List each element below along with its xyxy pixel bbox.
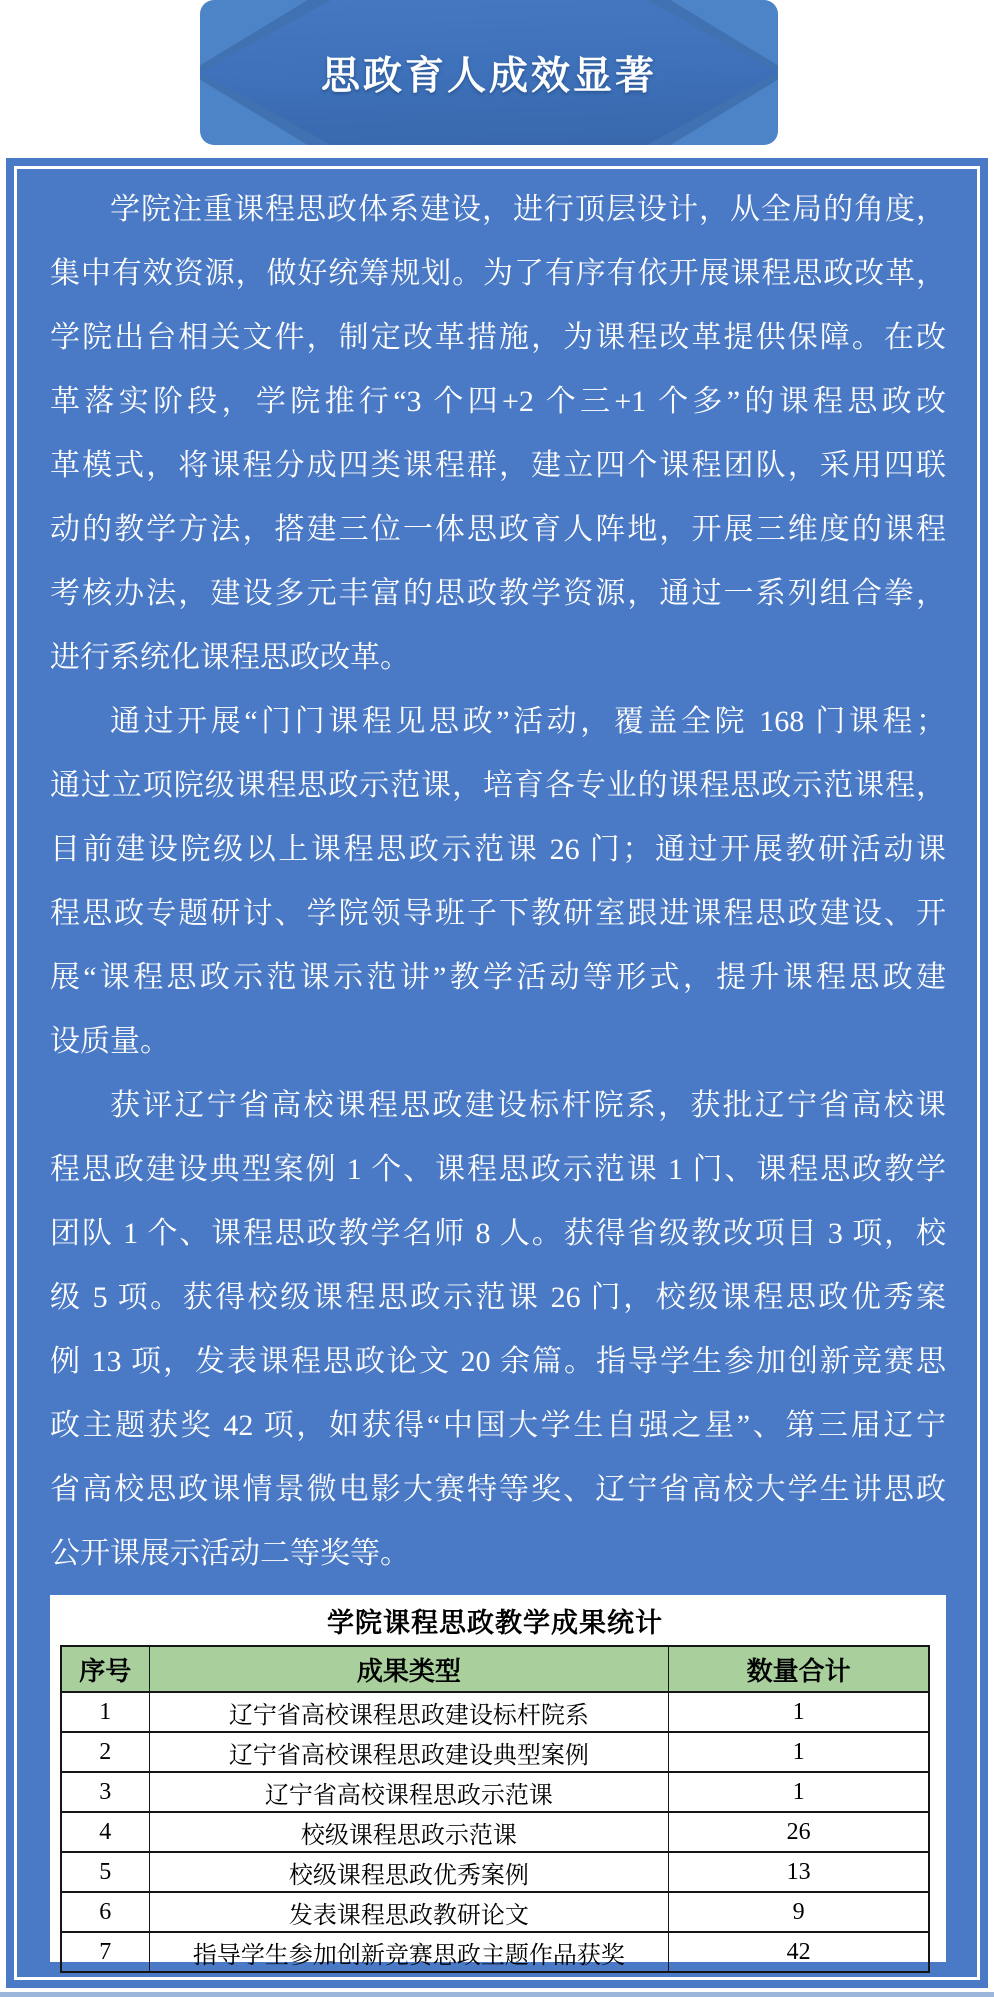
table-header-cell: 成果类型	[149, 1647, 669, 1691]
table-cell: 辽宁省高校课程思政示范课	[149, 1773, 669, 1811]
section-banner: 思政育人成效显著	[200, 0, 778, 145]
table-cell: 1	[668, 1733, 928, 1771]
paragraph-1-line: 学院注重课程思政体系建设，进行顶层设计，从全局的角度，	[50, 178, 946, 242]
table-title: 学院课程思政教学成果统计	[60, 1595, 930, 1645]
paragraph-2-line: 通过立项院级课程思政示范课，培育各专业的课程思政示范课程，	[50, 754, 946, 818]
table-cell: 校级课程思政示范课	[149, 1813, 669, 1851]
table-row: 3辽宁省高校课程思政示范课1	[62, 1771, 928, 1811]
table-cell: 1	[62, 1693, 149, 1731]
paragraph-1-line: 学院出台相关文件，制定改革措施，为课程改革提供保障。在改	[50, 306, 946, 370]
paragraph-3-line: 团队 1 个、课程思政教学名师 8 人。获得省级教改项目 3 项，校	[50, 1202, 946, 1266]
paragraph-2-line: 展“课程思政示范课示范讲”教学活动等形式，提升课程思政建	[50, 946, 946, 1010]
content-panel: 学院注重课程思政体系建设，进行顶层设计，从全局的角度，集中有效资源，做好统筹规划…	[6, 158, 988, 1988]
table-header-cell: 数量合计	[668, 1647, 928, 1691]
section-title: 思政育人成效显著	[200, 0, 778, 145]
table-cell: 2	[62, 1733, 149, 1771]
table-cell: 辽宁省高校课程思政建设典型案例	[149, 1733, 669, 1771]
table-header-cell: 序号	[62, 1647, 149, 1691]
table-cell: 26	[668, 1813, 928, 1851]
paragraph-3-line: 公开课展示活动二等奖等。	[50, 1522, 946, 1586]
table-header-row: 序号成果类型数量合计	[62, 1647, 928, 1691]
paragraph-1-line: 考核办法，建设多元丰富的思政教学资源，通过一系列组合拳，	[50, 562, 946, 626]
table-cell: 1	[668, 1773, 928, 1811]
results-table-card: 学院课程思政教学成果统计 序号成果类型数量合计 1辽宁省高校课程思政建设标杆院系…	[50, 1595, 946, 1962]
next-section-strip	[0, 1992, 994, 1997]
table-cell: 发表课程思政教研论文	[149, 1893, 669, 1931]
paragraph-2-line: 程思政专题研讨、学院领导班子下教研室跟进课程思政建设、开	[50, 882, 946, 946]
table-row: 6发表课程思政教研论文9	[62, 1891, 928, 1931]
report-page: 思政育人成效显著 学院注重课程思政体系建设，进行顶层设计，从全局的角度，集中有效…	[0, 0, 994, 1997]
body-text: 学院注重课程思政体系建设，进行顶层设计，从全局的角度，集中有效资源，做好统筹规划…	[50, 178, 946, 1586]
table-cell: 指导学生参加创新竞赛思政主题作品获奖	[149, 1933, 669, 1971]
paragraph-3-line: 例 13 项，发表课程思政论文 20 余篇。指导学生参加创新竞赛思	[50, 1330, 946, 1394]
table-row: 7指导学生参加创新竞赛思政主题作品获奖42	[62, 1931, 928, 1971]
table-cell: 13	[668, 1853, 928, 1891]
table-cell: 5	[62, 1853, 149, 1891]
paragraph-1-line: 集中有效资源，做好统筹规划。为了有序有依开展课程思政改革，	[50, 242, 946, 306]
paragraph-3-line: 程思政建设典型案例 1 个、课程思政示范课 1 门、课程思政教学	[50, 1138, 946, 1202]
table-row: 2辽宁省高校课程思政建设典型案例1	[62, 1731, 928, 1771]
table-cell: 42	[668, 1933, 928, 1971]
table-cell: 辽宁省高校课程思政建设标杆院系	[149, 1693, 669, 1731]
table-cell: 1	[668, 1693, 928, 1731]
paragraph-3-line: 获评辽宁省高校课程思政建设标杆院系，获批辽宁省高校课	[50, 1074, 946, 1138]
paragraph-2-line: 目前建设院级以上课程思政示范课 26 门；通过开展教研活动课	[50, 818, 946, 882]
table-row: 4校级课程思政示范课26	[62, 1811, 928, 1851]
table-cell: 3	[62, 1773, 149, 1811]
paragraph-3-line: 政主题获奖 42 项，如获得“中国大学生自强之星”、第三届辽宁	[50, 1394, 946, 1458]
table-cell: 校级课程思政优秀案例	[149, 1853, 669, 1891]
table-cell: 4	[62, 1813, 149, 1851]
paragraph-3-line: 省高校思政课情景微电影大赛特等奖、辽宁省高校大学生讲思政	[50, 1458, 946, 1522]
paragraph-1-line: 革模式，将课程分成四类课程群，建立四个课程团队，采用四联	[50, 434, 946, 498]
paragraph-2-line: 通过开展“门门课程见思政”活动，覆盖全院 168 门课程；	[50, 690, 946, 754]
paragraph-1-line: 进行系统化课程思政改革。	[50, 626, 946, 690]
paragraph-3-line: 级 5 项。获得校级课程思政示范课 26 门，校级课程思政优秀案	[50, 1266, 946, 1330]
paragraph-1-line: 革落实阶段，学院推行“3 个四+2 个三+1 个多”的课程思政改	[50, 370, 946, 434]
table-cell: 6	[62, 1893, 149, 1931]
table-row: 1辽宁省高校课程思政建设标杆院系1	[62, 1691, 928, 1731]
paragraph-2-line: 设质量。	[50, 1010, 946, 1074]
paragraph-1-line: 动的教学方法，搭建三位一体思政育人阵地，开展三维度的课程	[50, 498, 946, 562]
table-cell: 7	[62, 1933, 149, 1971]
results-table: 序号成果类型数量合计 1辽宁省高校课程思政建设标杆院系12辽宁省高校课程思政建设…	[60, 1645, 930, 1973]
table-row: 5校级课程思政优秀案例13	[62, 1851, 928, 1891]
table-cell: 9	[668, 1893, 928, 1931]
